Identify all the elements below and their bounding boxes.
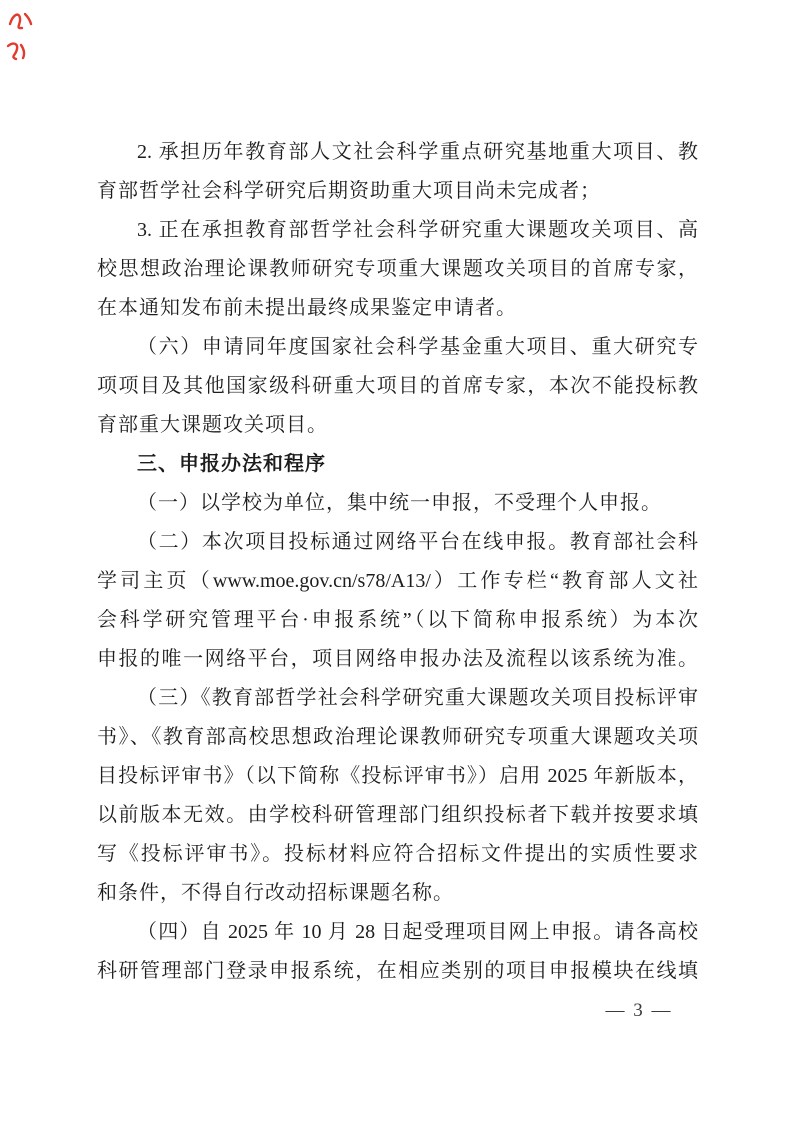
text-line: 育部哲学社会科学研究后期资助重大项目尚未完成者； [97, 172, 698, 211]
section-heading: 三、申报办法和程序 [97, 445, 698, 484]
text-line: 申报的唯一网络平台，项目网络申报办法及流程以该系统为准。 [97, 640, 698, 679]
document-page: { "page": { "background": "#ffffff", "te… [0, 0, 794, 1122]
page-background: 2. 承担历年教育部人文社会科学重点研究基地重大项目、教育部哲学社会科学研究后期… [0, 0, 794, 1122]
text-line: （三）《教育部哲学社会科学研究重大课题攻关项目投标评审 [97, 679, 698, 718]
page-number: — 3 — [594, 1000, 684, 1022]
document-body: 2. 承担历年教育部人文社会科学重点研究基地重大项目、教育部哲学社会科学研究后期… [97, 133, 698, 991]
text-line: （四）自 2025 年 10 月 28 日起受理项目网上申报。请各高校 [97, 913, 698, 952]
text-line: 学司主页（www.moe.gov.cn/s78/A13/）工作专栏“教育部人文社 [97, 562, 698, 601]
text-line: （二）本次项目投标通过网络平台在线申报。教育部社会科 [97, 523, 698, 562]
text-line: 在本通知发布前未提出最终成果鉴定申请者。 [97, 289, 698, 328]
text-line: 项项目及其他国家级科研重大项目的首席专家，本次不能投标教 [97, 367, 698, 406]
text-line: 和条件，不得自行改动招标课题名称。 [97, 874, 698, 913]
text-line: 科研管理部门登录申报系统，在相应类别的项目申报模块在线填 [97, 952, 698, 991]
text-line: 书》、《教育部高校思想政治理论课教师研究专项重大课题攻关项 [97, 718, 698, 757]
text-line: 育部重大课题攻关项目。 [97, 406, 698, 445]
text-line: 写《投标评审书》。投标材料应符合招标文件提出的实质性要求 [97, 835, 698, 874]
text-line: （一）以学校为单位，集中统一申报，不受理个人申报。 [97, 484, 698, 523]
text-line: 3. 正在承担教育部哲学社会科学研究重大课题攻关项目、高 [97, 211, 698, 250]
red-ink-mark-top-icon [7, 9, 35, 35]
text-line: 会科学研究管理平台·申报系统”（以下简称申报系统）为本次 [97, 601, 698, 640]
text-line: 目投标评审书》（以下简称《投标评审书》）启用 2025 年新版本， [97, 757, 698, 796]
text-line: （六）申请同年度国家社会科学基金重大项目、重大研究专 [97, 328, 698, 367]
red-ink-mark-bottom-icon [4, 38, 30, 64]
text-line: 2. 承担历年教育部人文社会科学重点研究基地重大项目、教 [97, 133, 698, 172]
text-line: 以前版本无效。由学校科研管理部门组织投标者下载并按要求填 [97, 796, 698, 835]
text-line: 校思想政治理论课教师研究专项重大课题攻关项目的首席专家， [97, 250, 698, 289]
